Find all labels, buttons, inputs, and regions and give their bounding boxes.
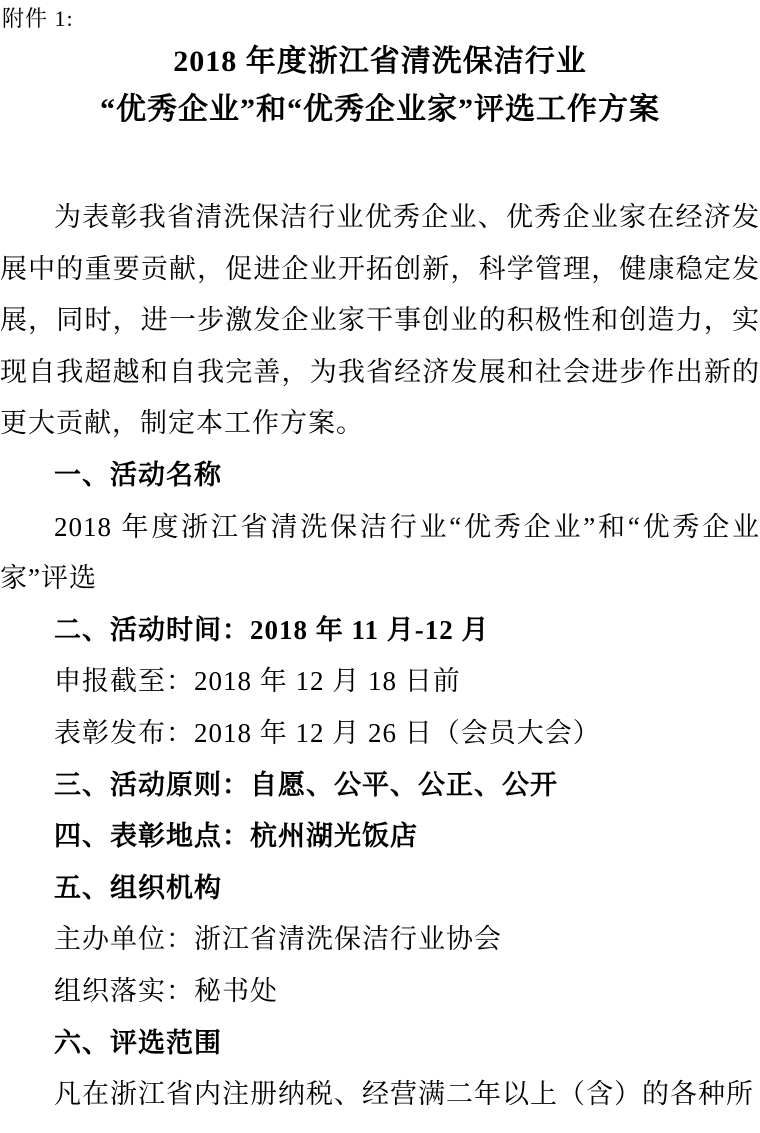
document-title-line2: “优秀企业”和“优秀企业家”评选工作方案 xyxy=(0,86,760,134)
section-heading-selection-scope: 六、评选范围 xyxy=(0,1018,760,1070)
line-host-organizer: 主办单位：浙江省清洗保洁行业协会 xyxy=(0,914,760,966)
document-body: 为表彰我省清洗保洁行业优秀企业、优秀企业家在经济发展中的重要贡献，促进企业开拓创… xyxy=(0,192,760,1121)
attachment-label: 附件 1: xyxy=(0,0,760,36)
section-heading-organization: 五、组织机构 xyxy=(0,863,760,915)
section-heading-activity-name: 一、活动名称 xyxy=(0,450,760,502)
document-title: 2018 年度浙江省清洗保洁行业 “优秀企业”和“优秀企业家”评选工作方案 xyxy=(0,38,760,134)
line-application-deadline: 申报截至：2018 年 12 月 18 日前 xyxy=(0,656,760,708)
line-implementation: 组织落实：秘书处 xyxy=(0,966,760,1018)
paragraph-activity-name: 2018 年度浙江省清洗保洁行业“优秀企业”和“优秀企业家”评选 xyxy=(0,502,760,605)
document-title-line1: 2018 年度浙江省清洗保洁行业 xyxy=(0,38,760,86)
document-page: 附件 1: 2018 年度浙江省清洗保洁行业 “优秀企业”和“优秀企业家”评选工… xyxy=(0,0,760,1133)
section-heading-activity-time: 二、活动时间：2018 年 11 月-12 月 xyxy=(0,605,760,657)
paragraph-selection-scope: 凡在浙江省内注册纳税、经营满二年以上（含）的各种所 xyxy=(0,1069,760,1121)
paragraph-intro: 为表彰我省清洗保洁行业优秀企业、优秀企业家在经济发展中的重要贡献，促进企业开拓创… xyxy=(0,192,760,450)
section-heading-activity-principles: 三、活动原则：自愿、公平、公正、公开 xyxy=(0,760,760,812)
line-commendation-release: 表彰发布：2018 年 12 月 26 日（会员大会） xyxy=(0,708,760,760)
section-heading-commendation-venue: 四、表彰地点：杭州湖光饭店 xyxy=(0,811,760,863)
